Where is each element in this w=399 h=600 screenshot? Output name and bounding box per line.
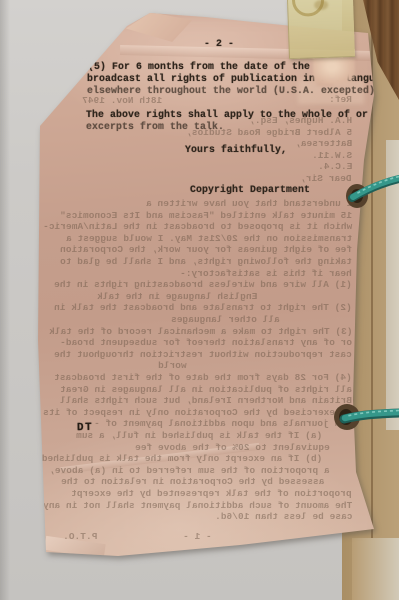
ghost-line: Dear Sir, [300,174,352,184]
ghost-line: equivalent to 20% of the above fee [135,443,330,453]
ghost-line: cast reproduction without restriction th… [54,350,352,360]
typed-line: excerpts from the talk. [86,121,224,132]
ghost-line: 15 minute talk entitled "Fascism and Its… [60,211,352,221]
ghost-line: I understand that you have written a [146,199,352,209]
ghost-line: (3) The right to make a mechanical recor… [49,327,352,337]
ghost-line: a proportion of the sum referred to in (… [49,466,330,476]
ghost-line: - 1 - [183,532,212,542]
ghost-line: fee of eight guineas for your work, the … [60,245,352,255]
dt-annotation: DT [77,422,93,434]
ghost-line: Ref: [329,95,352,105]
ghost-line: transmission on the 20/21st May. I would… [66,234,352,244]
typed-line: (5) For 6 months from the date of the fi… [88,61,334,72]
ghost-line: all rights of publication in all languag… [60,385,352,395]
ghost-line: Battersea, [295,139,352,149]
document-paper-wrap: Ref:18th Nov. 1947H.A. Hughes, Esq.,5 Al… [0,0,399,600]
ghost-line: (2) The right to translate and broadcast… [54,303,352,313]
ghost-line: E.C.4. [318,162,352,172]
typed-line: Yours faithfully, [185,144,287,155]
ghost-line: 18th Nov. 1947 [82,96,162,106]
document-paper: Ref:18th Nov. 1947H.A. Hughes, Esq.,5 Al… [0,0,399,600]
ghost-line: world [158,361,187,371]
ghost-line: all other languages [171,315,280,325]
ghost-line: be exercised by the Corporation only in … [43,408,352,418]
ghost-line: which it is proposed to broadcast in the… [43,222,352,232]
ghost-line: S.W.11. [312,151,352,161]
ghost-line: hear if this is satisfactory:- [180,269,352,279]
ghost-line: Britain and Northern Ireland, but such r… [60,396,352,406]
typed-line: The above rights shall apply to the whol… [86,109,392,120]
ghost-line: assessed by the Corporation in relation … [61,477,324,487]
photo-scene: Ref:18th Nov. 1947H.A. Hughes, Esq.,5 Al… [0,0,399,600]
ghost-line: (b) If an excerpt only from the talk is … [36,454,322,464]
ghost-line: (1) All wire and wireless broadcasting r… [54,280,352,290]
ghost-line: own journals and upon additional payment… [94,419,352,429]
ghost-line: proportion of the talk represented by th… [71,489,352,499]
ghost-line: (4) For 28 days from the date of the fir… [54,373,352,383]
ghost-line: case be less than 10/6d. [215,512,352,522]
ghost-line: or of any translation thereof for subseq… [60,338,352,348]
ghost-line: taking the following rights, and I shall… [60,257,352,267]
tape-stain-blot [314,0,328,10]
ghost-line: The amount of such additional payment sh… [43,501,352,511]
typed-line: Copyright Department [190,184,310,195]
ghost-line: (a) If the talk is published in full, a … [76,431,322,441]
ghost-line: P.T.O. [63,532,97,542]
ghost-line: English language in the talk [97,292,257,302]
yellowed-tape [287,0,355,59]
typed-line: elsewhere throughout the world (U.S.A. e… [87,85,375,96]
typed-line: - 2 - [204,38,234,49]
